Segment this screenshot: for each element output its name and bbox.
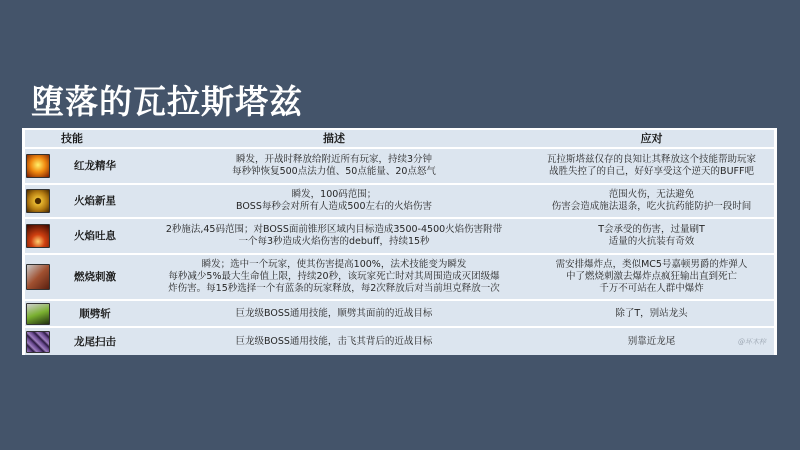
header-description: 描述 [139, 133, 529, 145]
skill-description: 瞬发；选中一个玩家，使其伤害提高100%，法术技能变为瞬发 每秒减少5%最大生命… [139, 259, 529, 295]
skill-name: 火焰吐息 [51, 230, 139, 242]
tail-sweep-icon [26, 331, 50, 353]
skill-description: 瞬发，100码范围； BOSS每秒会对所有人造成500左右的火焰伤害 [139, 189, 529, 213]
table-row: 龙尾扫击 巨龙级BOSS通用技能，击飞其背后的近战目标 别靠近龙尾 @坏木梓 [25, 328, 774, 355]
skill-name: 龙尾扫击 [51, 336, 139, 348]
flaming-face-icon [26, 154, 50, 178]
skill-description: 巨龙级BOSS通用技能，顺劈其面前的近战目标 [139, 308, 529, 320]
table-row: 红龙精华 瞬发，开战时释放给附近所有玩家，持续3分钟 每秒钟恢复500点法力值、… [25, 149, 774, 185]
burning-adrenaline-icon [26, 264, 50, 290]
page-title: 堕落的瓦拉斯塔兹 [31, 82, 303, 122]
skill-name: 红龙精华 [51, 160, 139, 172]
skill-response: 需安排爆炸点，类似MC5号嘉顿男爵的炸弹人 中了燃烧刺激去爆炸点疯狂输出直到死亡… [529, 259, 774, 295]
skill-response: T会承受的伤害，过量刷T 适量的火抗装有奇效 [529, 224, 774, 248]
table-row: 顺劈斩 巨龙级BOSS通用技能，顺劈其面前的近战目标 除了T，别站龙头 [25, 301, 774, 328]
skill-response: 范围火伤，无法避免 伤害会造成施法退条，吃火抗药能防护一段时间 [529, 189, 774, 213]
header-response: 应对 [529, 133, 774, 145]
skill-name: 顺劈斩 [51, 308, 139, 320]
table-header-row: 技能 描述 应对 [25, 130, 774, 149]
flame-breath-icon [26, 224, 50, 248]
table-row: 火焰新星 瞬发，100码范围； BOSS每秒会对所有人造成500左右的火焰伤害 … [25, 185, 774, 219]
skill-response: 除了T，别站龙头 [529, 308, 774, 320]
table-row: 燃烧刺激 瞬发；选中一个玩家，使其伤害提高100%，法术技能变为瞬发 每秒减少5… [25, 255, 774, 301]
fire-nova-icon [26, 189, 50, 213]
header-skill: 技能 [25, 133, 139, 145]
skill-name: 火焰新星 [51, 195, 139, 207]
skill-name: 燃烧刺激 [51, 271, 139, 283]
skills-table: 技能 描述 应对 红龙精华 瞬发，开战时释放给附近所有玩家，持续3分钟 每秒钟恢… [22, 128, 777, 355]
skill-description: 2秒施法,45码范围；对BOSS面前锥形区域内目标造成3500-4500火焰伤害… [139, 224, 529, 248]
skill-description: 瞬发，开战时释放给附近所有玩家，持续3分钟 每秒钟恢复500点法力值、50点能量… [139, 154, 529, 178]
cleave-icon [26, 303, 50, 325]
skill-description: 巨龙级BOSS通用技能，击飞其背后的近战目标 [139, 336, 529, 348]
watermark: @坏木梓 [738, 336, 766, 348]
table-row: 火焰吐息 2秒施法,45码范围；对BOSS面前锥形区域内目标造成3500-450… [25, 219, 774, 255]
skill-response: 瓦拉斯塔兹仅存的良知让其释放这个技能帮助玩家 战胜失控了的自己，好好享受这个逆天… [529, 154, 774, 178]
